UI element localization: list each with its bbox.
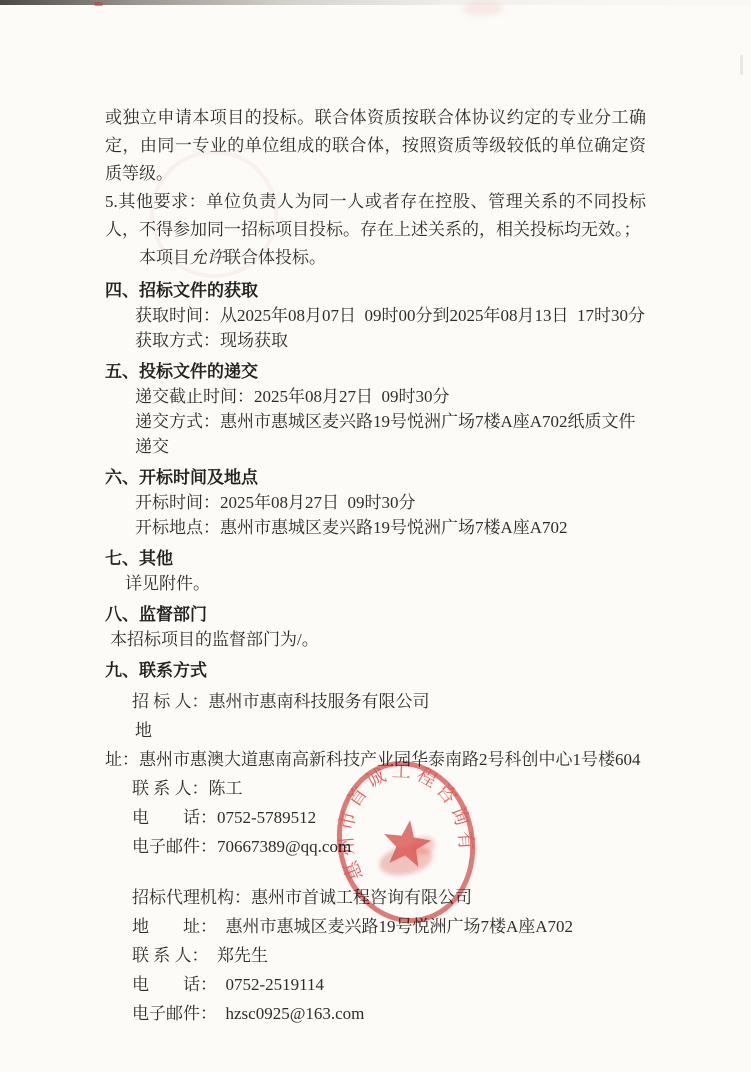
tenderer-name: 惠州市惠南科技服务有限公司 xyxy=(209,692,430,711)
agency-contact-name: 郑先生 xyxy=(217,946,268,965)
agency-phone-number: 0752-2519114 xyxy=(226,975,325,994)
tenderer-phone-row: 电 话：0752-5789512 xyxy=(105,803,646,832)
tenderer-phone-number: 0752-5789512 xyxy=(217,808,316,827)
agency-phone-label: 电 话： xyxy=(132,975,217,994)
paragraph-allow-consortium: 本项目允许联合体投标。 xyxy=(105,244,646,272)
agency-address-row: 地 址： 惠州市惠城区麦兴路19号悦洲广场7楼A座A702 xyxy=(105,912,646,941)
tenderer-contact-label: 联 系 人： xyxy=(132,779,209,798)
scan-edge-artifact xyxy=(0,0,751,5)
section-4-line-obtain-time: 获取时间：从2025年08月07日 09时00分到2025年08月13日 17时… xyxy=(105,303,646,328)
tenderer-contact-block: 招 标 人：惠州市惠南科技服务有限公司 地 址：惠州市惠澳大道惠南高新科技产业园… xyxy=(105,687,646,861)
section-7-line-attachment: 详见附件。 xyxy=(105,571,646,596)
section-5-line-submit-method: 递交方式：惠州市惠城区麦兴路19号悦洲广场7楼A座A702纸质文件递交 xyxy=(105,409,646,459)
tenderer-label: 招 标 人： xyxy=(132,692,209,711)
scan-red-speck xyxy=(94,2,103,6)
document-body: 或独立申请本项目的投标。联合体资质按联合体协议约定的专业分工确定，由同一专业的单… xyxy=(105,104,646,1028)
section-6-line-open-time: 开标时间：2025年08月27日 09时30分 xyxy=(105,490,646,515)
section-4-line-obtain-method: 获取方式：现场获取 xyxy=(105,328,646,353)
allow-suffix: 联合体投标。 xyxy=(224,248,326,267)
agency-contact-label: 联 系 人： xyxy=(132,946,209,965)
tenderer-email-label: 电子邮件： xyxy=(132,837,217,856)
tenderer-phone-label: 电 话： xyxy=(132,808,217,827)
section-7-title: 七、其他 xyxy=(105,546,646,571)
tenderer-address-label-line1: 地 xyxy=(105,716,646,745)
agency-phone-row: 电 话： 0752-2519114 xyxy=(105,970,646,999)
section-8-title: 八、监督部门 xyxy=(105,602,646,627)
allow-prefix: 本项目 xyxy=(139,248,190,267)
agency-contact-row: 联 系 人： 郑先生 xyxy=(105,941,646,970)
section-4-title: 四、招标文件的获取 xyxy=(105,278,646,303)
agency-contact-block: 招标代理机构：惠州市首诚工程咨询有限公司 地 址： 惠州市惠城区麦兴路19号悦洲… xyxy=(105,883,646,1028)
intro-paragraphs: 或独立申请本项目的投标。联合体资质按联合体协议约定的专业分工确定，由同一专业的单… xyxy=(105,104,646,272)
agency-email-row: 电子邮件： hzsc0925@163.com xyxy=(105,999,646,1028)
agency-address-label: 地 址： xyxy=(132,917,217,936)
agency-name: 惠州市首诚工程咨询有限公司 xyxy=(251,888,472,907)
agency-email-label: 电子邮件： xyxy=(132,1004,217,1023)
tenderer-row: 招 标 人：惠州市惠南科技服务有限公司 xyxy=(105,687,646,716)
paragraph-joint-venture: 或独立申请本项目的投标。联合体资质按联合体协议约定的专业分工确定，由同一专业的单… xyxy=(105,104,646,188)
tenderer-contact-row: 联 系 人：陈工 xyxy=(105,774,646,803)
tenderer-address-label-line2: 址： xyxy=(105,750,139,769)
section-6-line-open-place: 开标地点：惠州市惠城区麦兴路19号悦洲广场7楼A座A702 xyxy=(105,515,646,540)
agency-address: 惠州市惠城区麦兴路19号悦洲广场7楼A座A702 xyxy=(226,917,574,936)
section-5-line-deadline: 递交截止时间：2025年08月27日 09时30分 xyxy=(105,384,646,409)
section-6-title: 六、开标时间及地点 xyxy=(105,465,646,490)
tenderer-address-row: 址：惠州市惠澳大道惠南高新科技产业园华泰南路2号科创中心1号楼604 xyxy=(105,745,646,774)
section-9-title: 九、联系方式 xyxy=(105,658,646,683)
agency-email-address: hzsc0925@163.com xyxy=(226,1004,365,1023)
allow-italic-word: 允许 xyxy=(190,248,224,267)
tenderer-contact-name: 陈工 xyxy=(209,779,243,798)
agency-row: 招标代理机构：惠州市首诚工程咨询有限公司 xyxy=(105,883,646,912)
agency-label: 招标代理机构： xyxy=(132,888,251,907)
tenderer-email-row: 电子邮件：70667389@qq.com xyxy=(105,832,646,861)
section-5-title: 五、投标文件的递交 xyxy=(105,359,646,384)
section-8-line-supervisor: 本招标项目的监督部门为/。 xyxy=(105,627,646,652)
paragraph-other-requirements: 5.其他要求：单位负责人为同一人或者存在控股、管理关系的不同投标人，不得参加同一… xyxy=(105,188,646,244)
tenderer-email-address: 70667389@qq.com xyxy=(217,837,351,856)
tenderer-address: 惠州市惠澳大道惠南高新科技产业园华泰南路2号科创中心1号楼604 xyxy=(139,750,641,769)
document-page: 或独立申请本项目的投标。联合体资质按联合体协议约定的专业分工确定，由同一专业的单… xyxy=(0,0,751,1072)
scan-streak-artifact xyxy=(740,55,743,75)
faint-red-smudge xyxy=(462,2,504,16)
